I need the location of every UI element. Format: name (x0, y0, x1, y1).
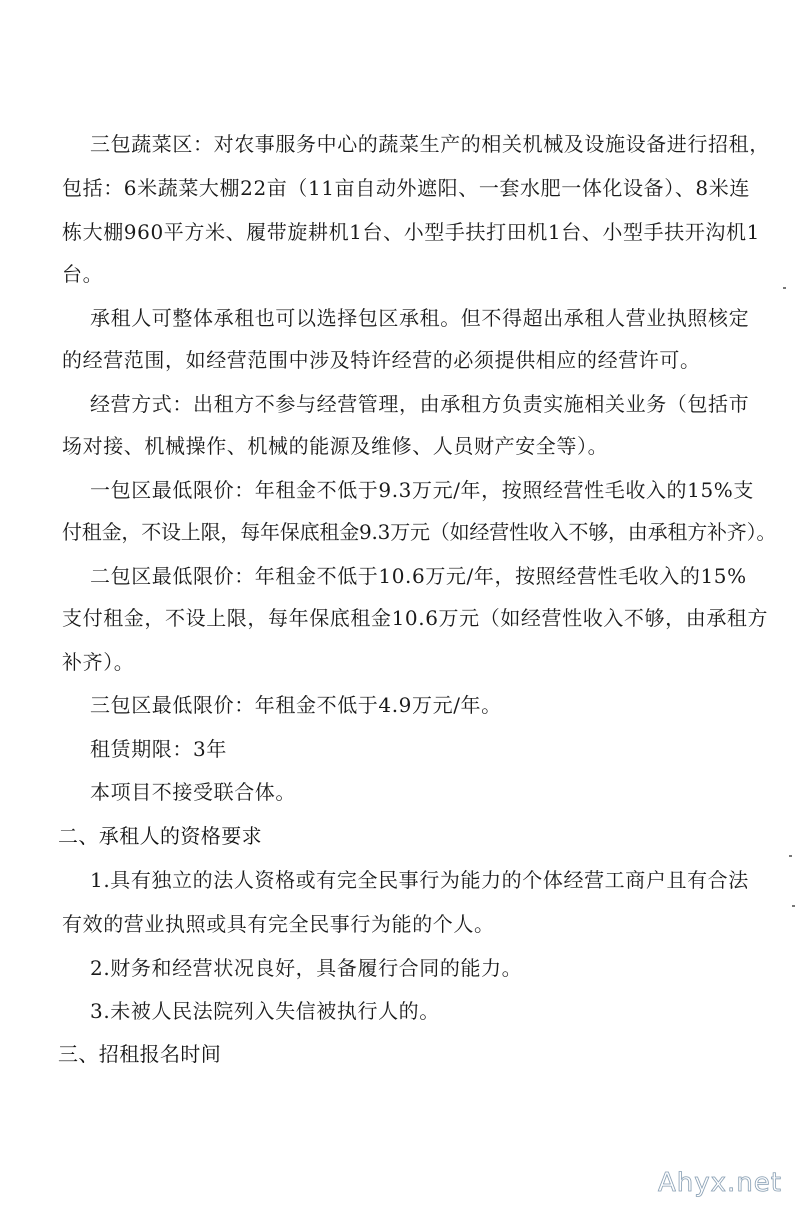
paragraph-line: 的经营范围，如经营范围中涉及特许经营的必须提供相应的经营许可。 (62, 348, 701, 372)
list-item: 1.具有独立的法人资格或有完全民事行为能力的个体经营工商户且有合法 (90, 868, 749, 892)
section-heading-registration-time: 三、招租报名时间 (58, 1042, 221, 1066)
paragraph-line: 本项目不接受联合体。 (90, 780, 296, 804)
paragraph-line: 栋大棚960平方米、履带旋耕机1台、小型手扶打田机1台、小型手扶开沟机1 (62, 220, 760, 244)
paragraph-line: 承租人可整体承租也可以选择包区承租。但不得超出承租人营业执照核定 (90, 306, 749, 330)
paragraph-line: 支付租金，不设上限，每年保底租金10.6万元（如经营性收入不够，由承租方 (62, 606, 768, 630)
paragraph-line: 一包区最低限价：年租金不低于9.3万元/年，按照经营性毛收入的15%支 (90, 478, 754, 502)
scan-artifact (789, 855, 792, 857)
paragraph-line: 租赁期限：3年 (90, 737, 227, 761)
paragraph-line: 经营方式：出租方不参与经营管理，由承租方负责实施相关业务（包括市 (90, 392, 749, 416)
paragraph-line: 补齐）。 (62, 650, 134, 674)
list-item: 2.财务和经营状况良好，具备履行合同的能力。 (90, 956, 522, 980)
paragraph-line: 付租金，不设上限，每年保底租金9.3万元（如经营性收入不够，由承租方补齐）。 (62, 520, 776, 544)
section-heading-qualifications: 二、承租人的资格要求 (58, 824, 262, 848)
paragraph-line: 二包区最低限价：年租金不低于10.6万元/年，按照经营性毛收入的15% (90, 564, 747, 588)
scan-artifact (792, 905, 795, 907)
paragraph-line: 场对接、机械操作、机械的能源及维修、人员财产安全等）。 (62, 434, 608, 458)
paragraph-line: 三包区最低限价：年租金不低于4.9万元/年。 (90, 693, 502, 717)
scan-artifact (783, 287, 786, 289)
list-item: 3.未被人民法院列入失信被执行人的。 (90, 999, 440, 1023)
watermark: Ahyx.net (658, 1168, 782, 1198)
paragraph-line: 台。 (62, 262, 103, 286)
paragraph-line: 包括：6米蔬菜大棚22亩（11亩自动外遮阳、一套水肥一体化设备）、8米连 (62, 176, 750, 200)
list-item: 有效的营业执照或具有完全民事行为能的个人。 (62, 912, 495, 936)
paragraph-line: 三包蔬菜区：对农事服务中心的蔬菜生产的相关机械及设施设备进行招租， (90, 132, 770, 156)
